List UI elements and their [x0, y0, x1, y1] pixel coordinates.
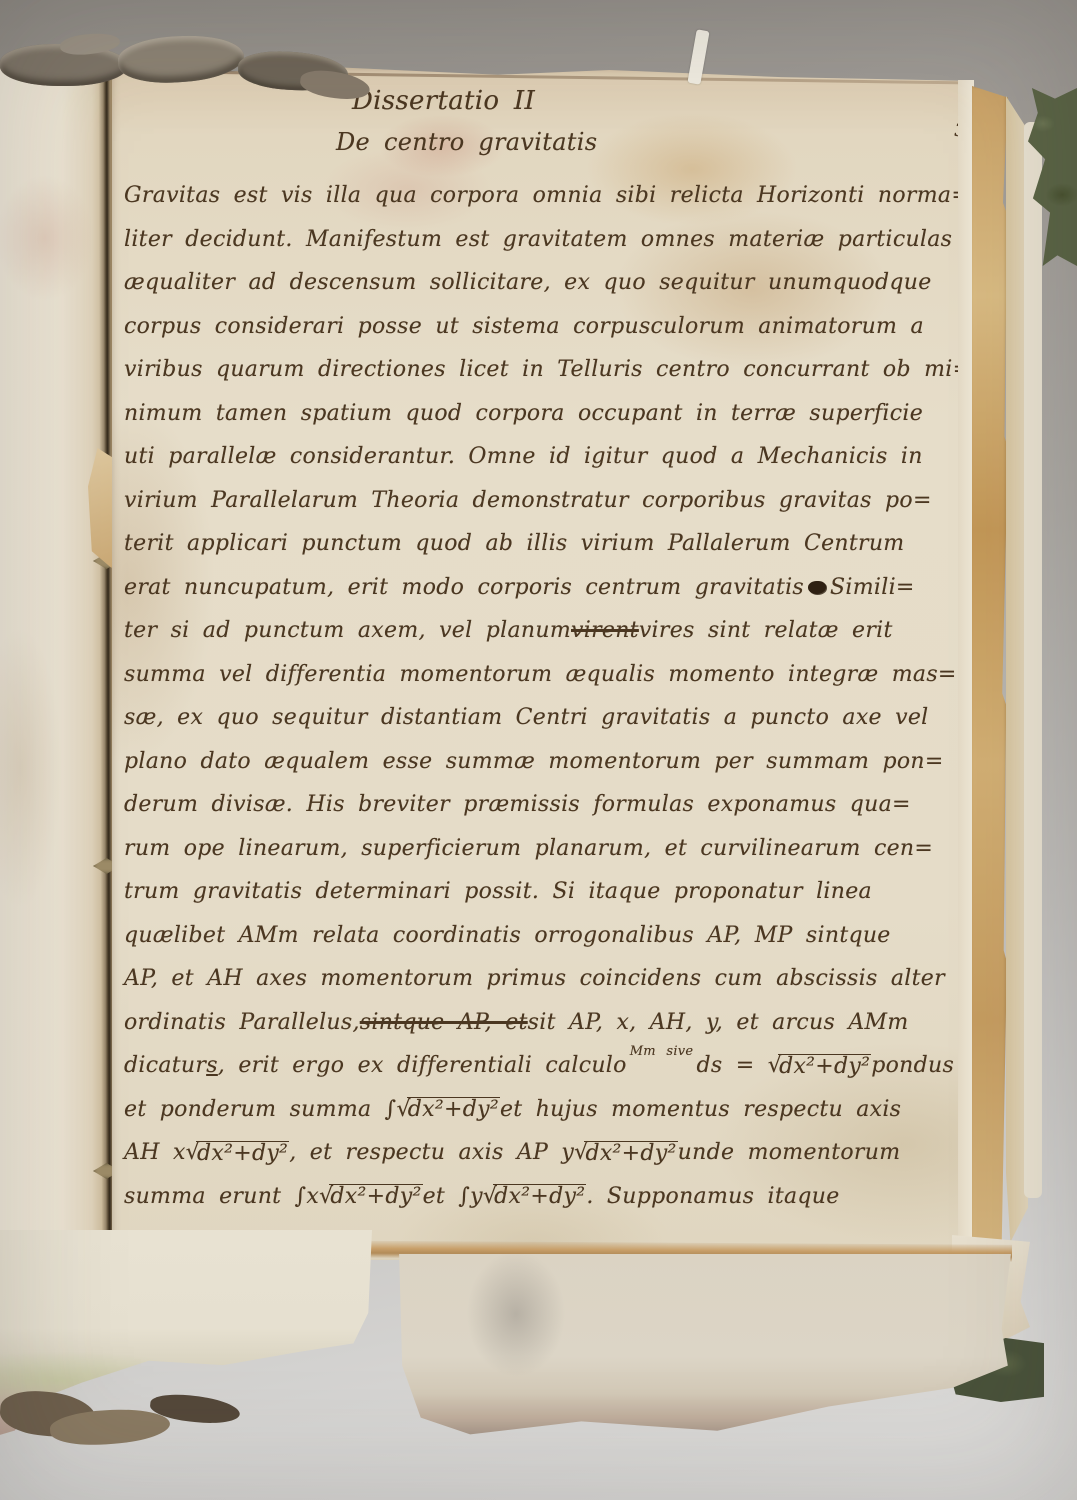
manuscript-line: plano dato æqualem esse summæ momentorum… — [124, 740, 966, 784]
handwriting-text: Gravitas est vis illa qua corpora omnia … — [124, 183, 970, 208]
manuscript-line: rum ope linearum, superficierum planarum… — [124, 827, 966, 871]
handwriting-text: s — [206, 1053, 218, 1078]
photo-backdrop: 3 Dissertatio II De centro gravitatis Gr… — [0, 0, 1077, 1500]
handwriting-text: AP, et AH axes momentorum primus coincid… — [124, 966, 945, 991]
handwriting-text: dx²+dy² — [329, 1184, 422, 1208]
handwriting-text: dx²+dy² — [493, 1184, 586, 1208]
handwriting-text: et hujus momentus respectu axis — [500, 1097, 901, 1122]
handwriting-text: corpus considerari posse ut sistema corp… — [124, 314, 924, 339]
manuscript-line: uti parallelæ considerantur. Omne id igi… — [124, 435, 966, 479]
handwriting-text: sit AP, x, AH, y, et arcus AMm — [528, 1010, 909, 1035]
page-edge-strip — [958, 80, 974, 1252]
manuscript-line: ordinatis Parallelus, sintque AP, et sit… — [124, 1001, 966, 1045]
manuscript-line: liter decidunt. Manifestum est gravitate… — [124, 218, 966, 262]
handwriting-text: dx²+dy² — [778, 1054, 871, 1078]
manuscript-line: ter si ad punctum axem, vel planum viren… — [124, 609, 966, 653]
handwriting-text: nimum tamen spatium quod corpora occupan… — [124, 401, 923, 426]
handwriting-text: . Supponamus itaque — [586, 1184, 839, 1209]
struck-word: sintque AP, et — [360, 1010, 528, 1035]
manuscript-line: summa vel differentia momentorum æqualis… — [124, 653, 966, 697]
manuscript-line: trum gravitatis determinari possit. Si i… — [124, 870, 966, 914]
manuscript-line: summa erunt ∫x√dx²+dy² et ∫y√dx²+dy². Su… — [124, 1175, 966, 1219]
handwriting-text: plano dato æqualem esse summæ momentorum… — [124, 749, 944, 774]
ink-blot — [808, 581, 826, 594]
handwriting-text: pondus — [871, 1053, 954, 1078]
manuscript-line: derum divisæ. His breviter præmissis for… — [124, 783, 966, 827]
handwriting-text: dx²+dy² — [196, 1141, 289, 1165]
manuscript-subtitle: De centro gravitatis — [336, 128, 597, 156]
page-edge-strip — [1024, 122, 1042, 1198]
handwriting-text: erat nuncupatum, erit modo corporis cent… — [124, 575, 804, 600]
manuscript-line: sæ, ex quo sequitur distantiam Centri gr… — [124, 696, 966, 740]
handwriting-text: Simili= — [830, 575, 915, 600]
manuscript-line: æqualiter ad descensum sollicitare, ex q… — [124, 261, 966, 305]
handwriting-text: dx²+dy² — [407, 1097, 500, 1121]
manuscript-line: erat nuncupatum, erit modo corporis cent… — [124, 566, 966, 610]
handwriting-text: ter si ad punctum axem, vel planum — [124, 618, 571, 643]
handwriting-text: liter decidunt. Manifestum est gravitate… — [124, 227, 952, 252]
handwriting-text: et ∫y√ — [423, 1184, 498, 1209]
struck-word: virent — [571, 618, 639, 643]
lower-blank-page-edge — [396, 1254, 1014, 1440]
manuscript-line: viribus quarum directiones licet in Tell… — [124, 348, 966, 392]
manuscript-line: quælibet AMm relata coordinatis orrogona… — [124, 914, 966, 958]
handwriting-text: æqualiter ad descensum sollicitare, ex q… — [124, 270, 932, 295]
manuscript-title: Dissertatio II — [352, 86, 535, 116]
manuscript-line: Gravitas est vis illa qua corpora omnia … — [124, 174, 966, 218]
handwriting-text: unde momentorum — [678, 1140, 901, 1165]
manuscript-line: nimum tamen spatium quod corpora occupan… — [124, 392, 966, 436]
handwriting-text: quælibet AMm relata coordinatis orrogona… — [124, 923, 891, 948]
manuscript-line: terit applicari punctum quod ab illis vi… — [124, 522, 966, 566]
left-blank-page — [0, 68, 112, 1260]
handwriting-text: ordinatis Parallelus, — [124, 1010, 360, 1035]
manuscript-text-block: Gravitas est vis illa qua corpora omnia … — [124, 174, 966, 1218]
handwriting-text: dx²+dy² — [584, 1141, 677, 1165]
handwriting-text: , erit ergo ex differentiali calculo — [218, 1053, 627, 1078]
manuscript-line: dicatur s, erit ergo ex differentiali ca… — [124, 1044, 966, 1088]
handwriting-text: trum gravitatis determinari possit. Si i… — [124, 879, 872, 904]
handwriting-text: , et respectu axis AP y√ — [289, 1140, 588, 1165]
manuscript-line: et ponderum summa ∫√dx²+dy² et hujus mom… — [124, 1088, 966, 1132]
manuscript-page: 3 Dissertatio II De centro gravitatis Gr… — [112, 64, 970, 1260]
handwriting-text: uti parallelæ considerantur. Omne id igi… — [124, 444, 923, 469]
manuscript-line: virium Parallelarum Theoria demonstratur… — [124, 479, 966, 523]
manuscript-line: AH x√dx²+dy², et respectu axis AP y√dx²+… — [124, 1131, 966, 1175]
handwriting-text: vires sint relatæ erit — [639, 618, 893, 643]
handwriting-text: rum ope linearum, superficierum planarum… — [124, 836, 933, 861]
handwriting-text: virium Parallelarum Theoria demonstratur… — [124, 488, 932, 513]
handwriting-text: ds = √ — [696, 1053, 782, 1078]
handwriting-text: dicatur — [124, 1053, 206, 1078]
handwriting-text: summa vel differentia momentorum æqualis… — [124, 662, 957, 687]
handwriting-text: viribus quarum directiones licet in Tell… — [124, 357, 971, 382]
handwriting-text: et ponderum summa ∫√ — [124, 1097, 411, 1122]
manuscript-line: corpus considerari posse ut sistema corp… — [124, 305, 966, 349]
handwriting-text: Mm sive — [630, 1044, 694, 1059]
handwriting-text: derum divisæ. His breviter præmissis for… — [124, 792, 911, 817]
handwriting-text: AH x√ — [124, 1140, 200, 1165]
handwriting-text: sæ, ex quo sequitur distantiam Centri gr… — [124, 705, 929, 730]
manuscript-line: AP, et AH axes momentorum primus coincid… — [124, 957, 966, 1001]
handwriting-text: summa erunt ∫x√ — [124, 1184, 333, 1209]
handwriting-text: terit applicari punctum quod ab illis vi… — [124, 531, 904, 556]
page-edge-strip-tan — [972, 86, 1008, 1254]
